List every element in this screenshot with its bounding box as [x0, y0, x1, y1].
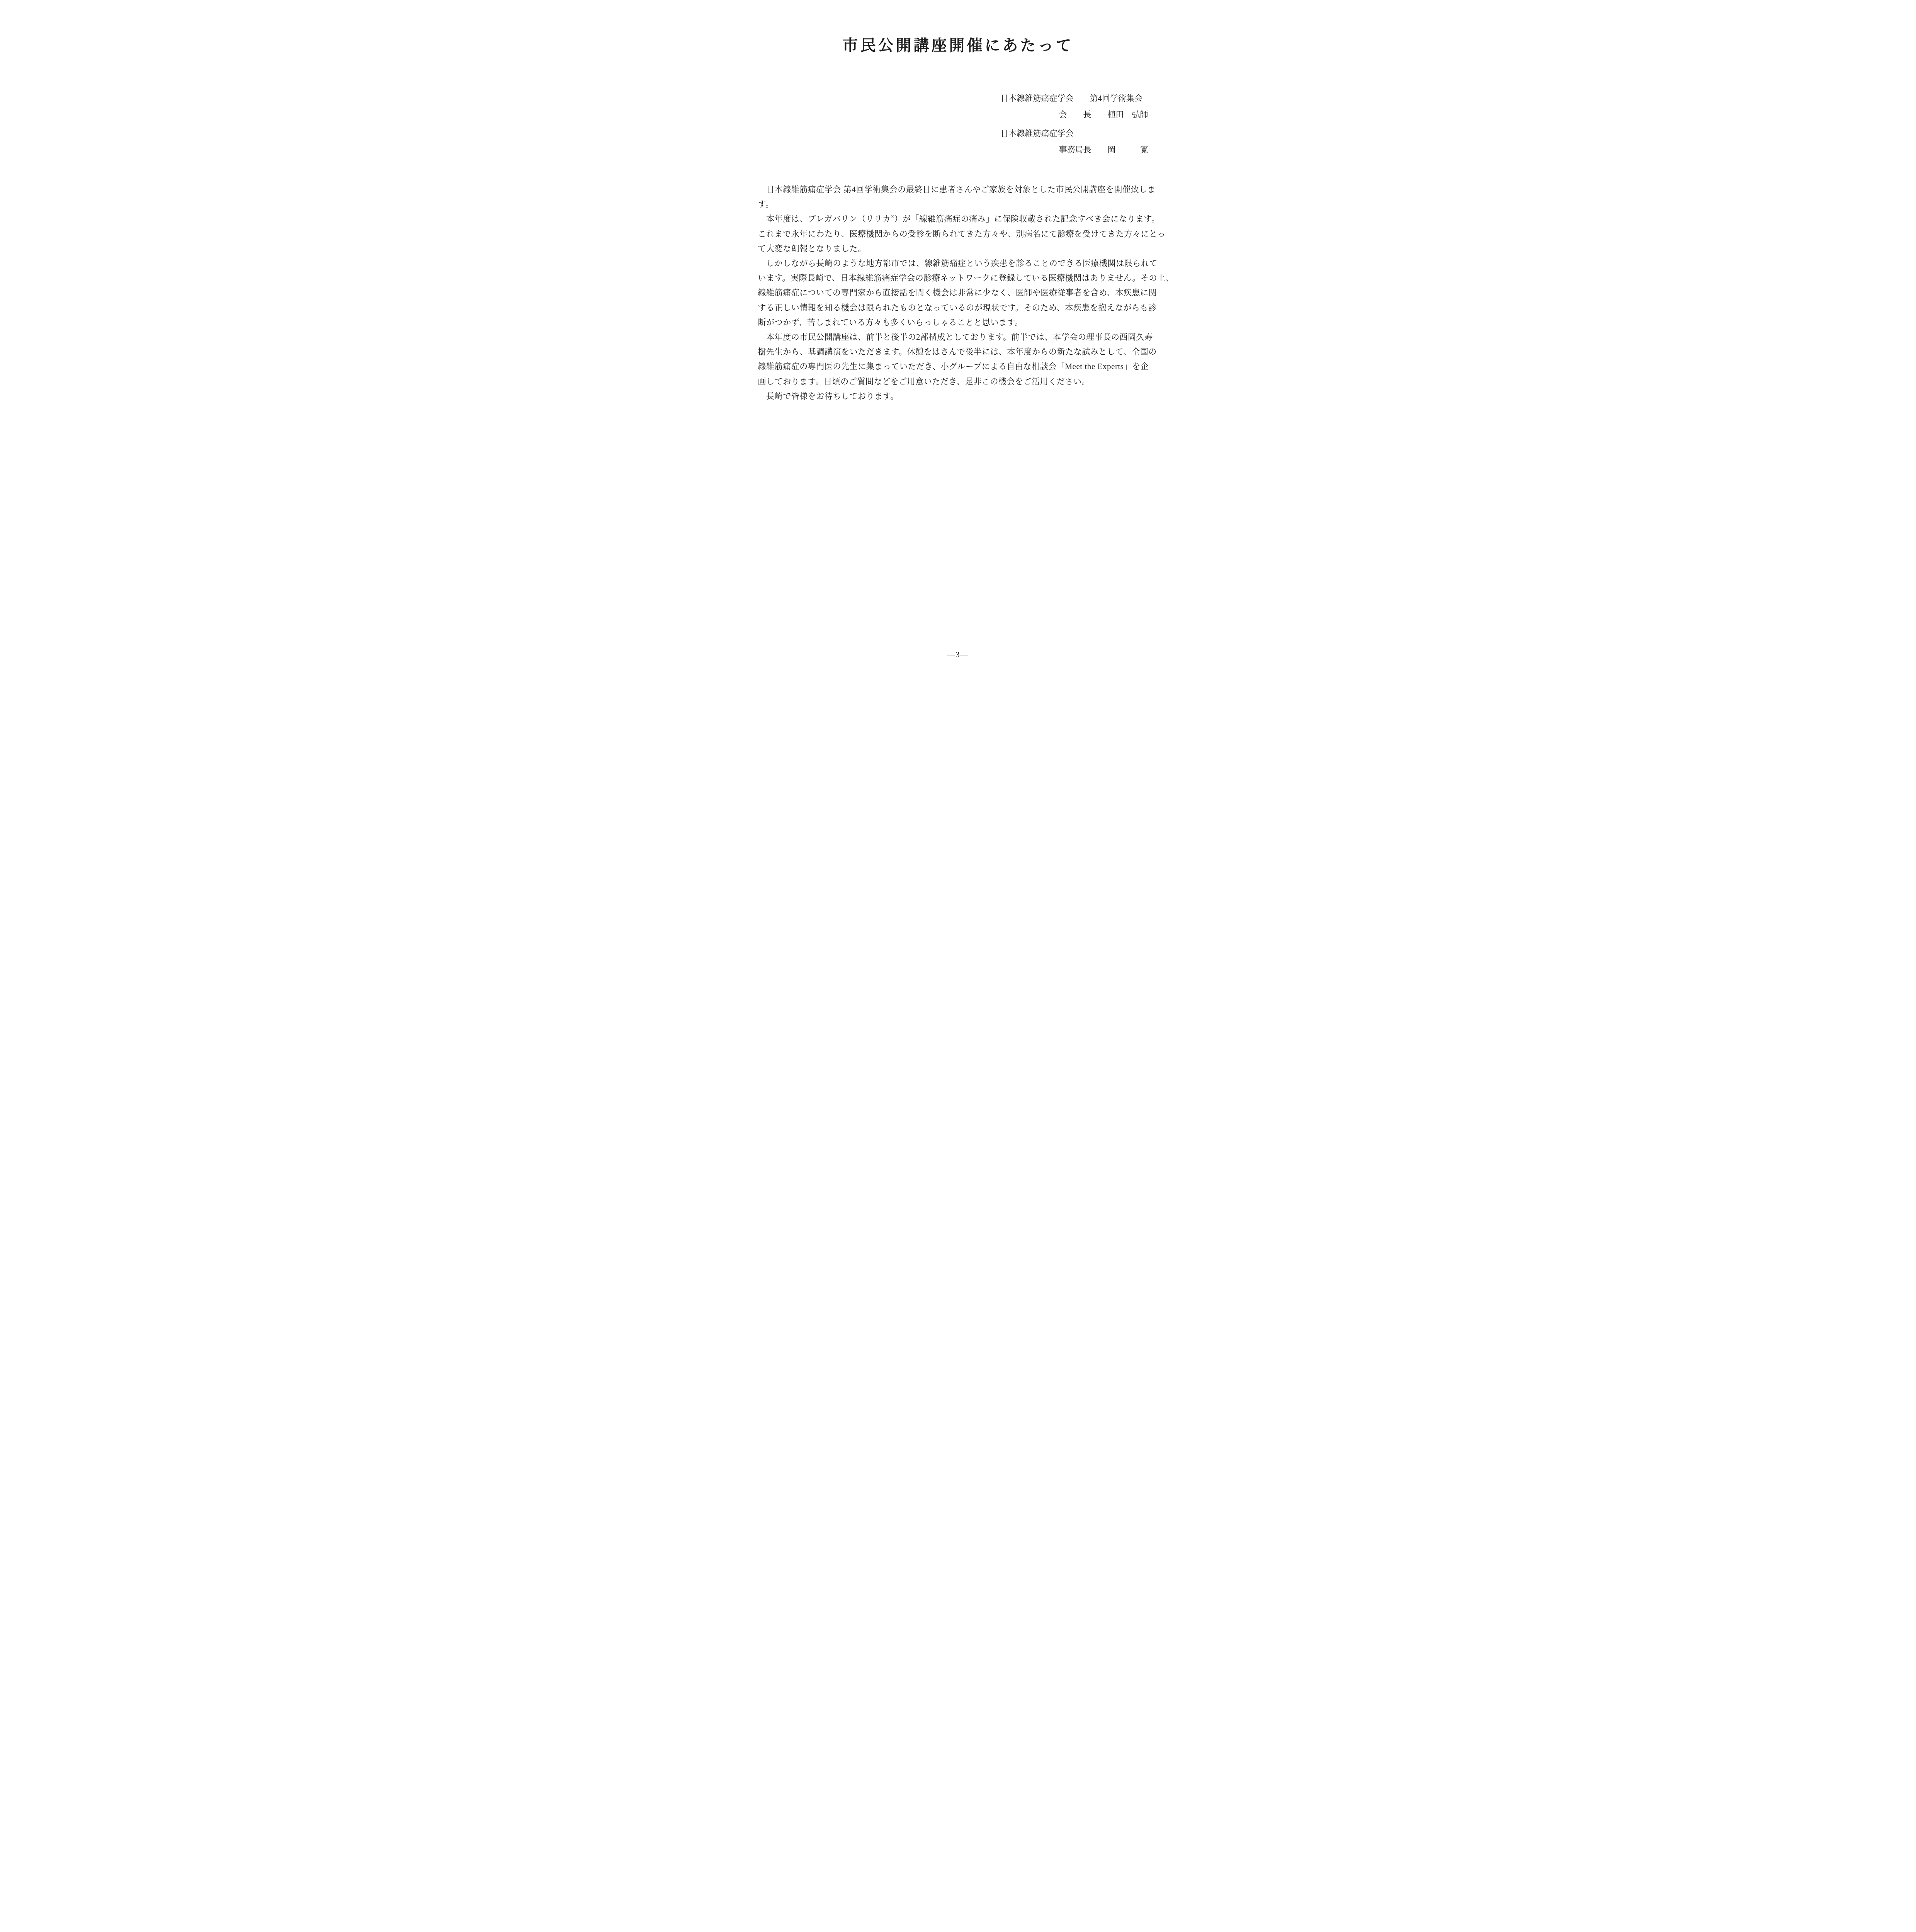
body-line: 画しております。日頃のご質問などをご用意いただき、是非この機会をご活用ください。 — [758, 374, 1158, 389]
page-title: 市民公開講座開催にあたって — [719, 36, 1198, 55]
body-line-segment: 本年度は、プレガバリン（リリカ — [758, 214, 891, 223]
body-line: います。実際長崎で、日本線維筋痛症学会の診療ネットワークに登録している医療機関は… — [758, 270, 1158, 285]
paragraph-4: 本年度の市民公開講座は、前半と後半の2部構成としております。前半では、本学会の理… — [758, 330, 1158, 389]
body-line: 長崎で皆様をお待ちしております。 — [758, 389, 1158, 403]
paragraph-3: しかしながら長崎のような地方都市では、線維筋痛症という疾患を診ることのできる医療… — [758, 256, 1158, 330]
attribution-society-meeting: 日本線維筋痛症学会 第4回学術集会 — [1001, 90, 1148, 106]
attribution-secretary: 事務局長 岡 寛 — [1001, 141, 1148, 158]
attribution-society: 日本線維筋痛症学会 — [1001, 125, 1148, 141]
body-line: する正しい情報を知る機会は限られたものとなっているのが現状です。そのため、本疾患… — [758, 300, 1158, 315]
body-line: これまで永年にわたり、医療機関からの受診を断られてきた方々や、別病名にて診療を受… — [758, 226, 1158, 241]
paragraph-5: 長崎で皆様をお待ちしております。 — [758, 389, 1158, 403]
body-line: 線維筋痛症の専門医の先生に集まっていただき、小グループによる自由な相談会「Mee… — [758, 359, 1158, 374]
body-line: 日本線維筋痛症学会 第4回学術集会の最終日に患者さんやご家族を対象とした市民公開… — [758, 182, 1158, 197]
paragraph-2: 本年度は、プレガバリン（リリカ®）が「線維筋痛症の痛み」に保険収載された記念すべ… — [758, 211, 1158, 256]
attribution-block: 日本線維筋痛症学会 第4回学術集会 会 長 植田 弘師 日本線維筋痛症学会 事務… — [1001, 90, 1148, 158]
body-text: 日本線維筋痛症学会 第4回学術集会の最終日に患者さんやご家族を対象とした市民公開… — [758, 182, 1158, 403]
body-line: す。 — [758, 197, 1158, 211]
body-line: 樹先生から、基調講演をいただきます。休憩をはさんで後半には、本年度からの新たな試… — [758, 344, 1158, 359]
attribution-president: 会 長 植田 弘師 — [1001, 106, 1148, 122]
body-line: しかしながら長崎のような地方都市では、線維筋痛症という疾患を診ることのできる医療… — [758, 256, 1158, 270]
page-number: ―3― — [719, 651, 1198, 660]
body-line: 線維筋痛症についての専門家から直接話を聞く機会は非常に少なく、医師や医療従事者を… — [758, 285, 1158, 300]
body-line: 断がつかず、苦しまれている方々も多くいらっしゃることと思います。 — [758, 315, 1158, 330]
body-line-segment: ）が「線維筋痛症の痛み」に保険収載された記念すべき会になります。 — [894, 214, 1160, 223]
document-page: 市民公開講座開催にあたって 日本線維筋痛症学会 第4回学術集会 会 長 植田 弘… — [719, 0, 1198, 678]
registered-trademark-mark: ® — [891, 214, 894, 219]
body-line: 本年度の市民公開講座は、前半と後半の2部構成としております。前半では、本学会の理… — [758, 330, 1158, 344]
body-line: て大変な朗報となりました。 — [758, 241, 1158, 256]
body-line: 本年度は、プレガバリン（リリカ®）が「線維筋痛症の痛み」に保険収載された記念すべ… — [758, 211, 1158, 226]
paragraph-1: 日本線維筋痛症学会 第4回学術集会の最終日に患者さんやご家族を対象とした市民公開… — [758, 182, 1158, 211]
